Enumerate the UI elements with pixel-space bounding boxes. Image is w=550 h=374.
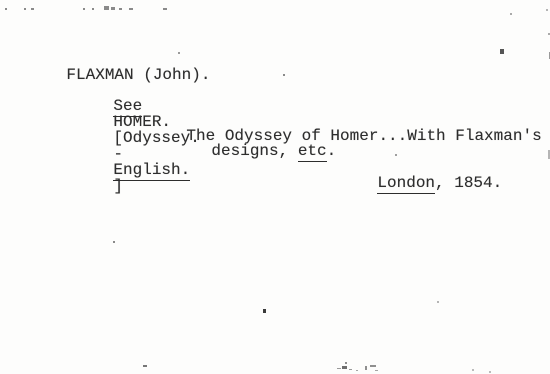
etc-abbreviation: etc	[298, 142, 327, 162]
title-line-2: designs, etc.	[173, 127, 336, 175]
library-catalog-card: FLAXMAN (John). See HOMER. [Odyssey. - E…	[0, 0, 550, 374]
imprint-date: , 1854.	[435, 174, 502, 192]
imprint-line: London, 1854.	[339, 159, 502, 207]
etc-period: .	[327, 142, 337, 160]
closing-bracket: ]	[113, 177, 123, 195]
imprint-place: London	[377, 174, 435, 194]
title-text-continued: designs,	[211, 142, 297, 160]
